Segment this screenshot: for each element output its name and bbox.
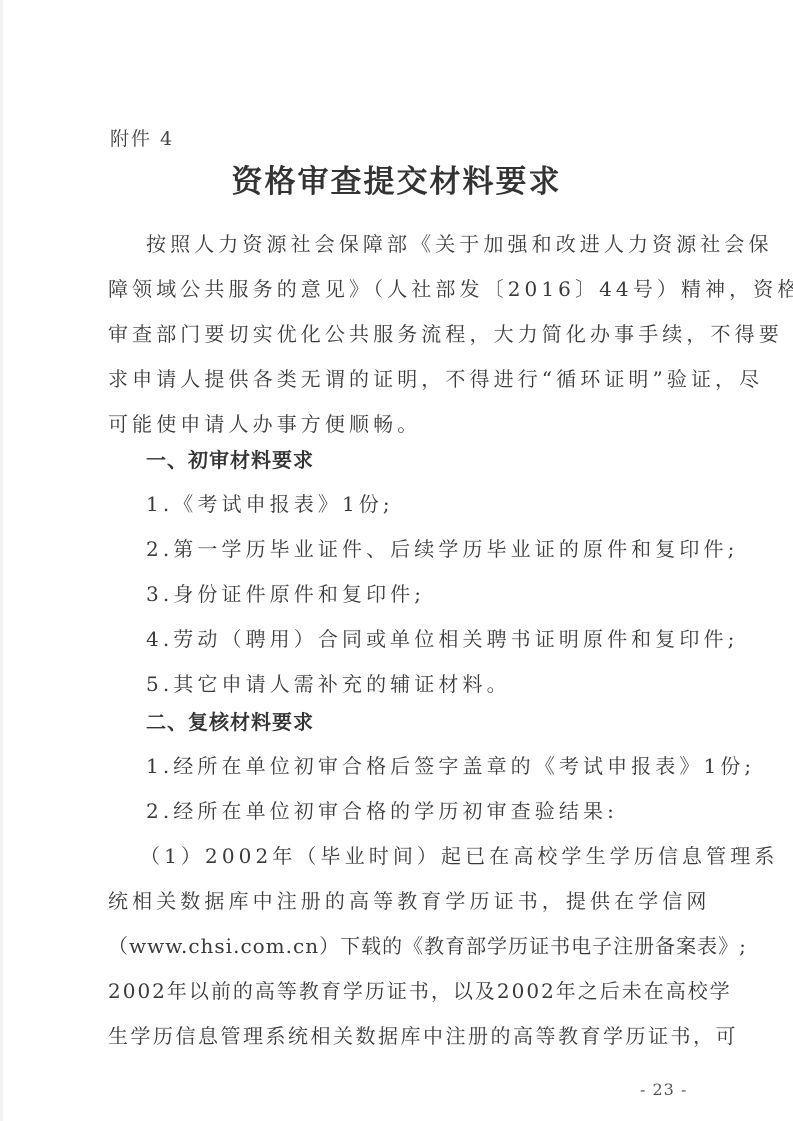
section2-subline: 生学历信息管理系统相关数据库中注册的高等教育学历证书，可 bbox=[108, 1022, 708, 1050]
section2-item: 1.经所在单位初审合格后签字盖章的《考试申报表》1份; bbox=[146, 752, 746, 780]
section1-item: 4.劳动（聘用）合同或单位相关聘书证明原件和复印件; bbox=[146, 625, 746, 653]
document-page: 附件 4 资格审查提交材料要求 按照人力资源社会保障部《关于加强和改进人力资源社… bbox=[0, 0, 793, 1121]
intro-line: 可能使申请人办事方便顺畅。 bbox=[108, 410, 708, 438]
section2-subline: 2002年以前的高等教育学历证书，以及2002年之后未在高校学 bbox=[108, 977, 708, 1005]
intro-line: 求申请人提供各类无谓的证明，不得进行“循环证明”验证，尽 bbox=[108, 365, 708, 393]
intro-line: 审查部门要切实优化公共服务流程，大力简化办事手续，不得要 bbox=[108, 320, 708, 348]
section1-item: 1.《考试申报表》1份; bbox=[146, 490, 746, 518]
attachment-label: 附件 4 bbox=[110, 124, 174, 151]
intro-line: 按照人力资源社会保障部《关于加强和改进人力资源社会保 bbox=[146, 230, 746, 258]
intro-line: 障领域公共服务的意见》（人社部发〔2016〕44号）精神，资格 bbox=[108, 275, 708, 303]
section1-item: 5.其它申请人需补充的辅证材料。 bbox=[146, 670, 746, 698]
section2-subline: 统相关数据库中注册的高等教育学历证书，提供在学信网 bbox=[108, 887, 708, 915]
section2-item: 2.经所在单位初审合格的学历初审查验结果: bbox=[146, 797, 746, 825]
section2-subline: （www.chsi.com.cn）下载的《教育部学历证书电子注册备案表》; bbox=[108, 932, 708, 960]
document-title: 资格审查提交材料要求 bbox=[0, 156, 793, 201]
page-number: - 23 - bbox=[640, 1080, 687, 1099]
section1-item: 2.第一学历毕业证件、后续学历毕业证的原件和复印件; bbox=[146, 535, 746, 563]
section1-item: 3.身份证件原件和复印件; bbox=[146, 580, 746, 608]
section1-heading: 一、初审材料要求 bbox=[146, 446, 746, 474]
section2-heading: 二、复核材料要求 bbox=[146, 708, 746, 736]
section2-subline: （1）2002年（毕业时间）起已在高校学生学历信息管理系 bbox=[140, 842, 740, 870]
